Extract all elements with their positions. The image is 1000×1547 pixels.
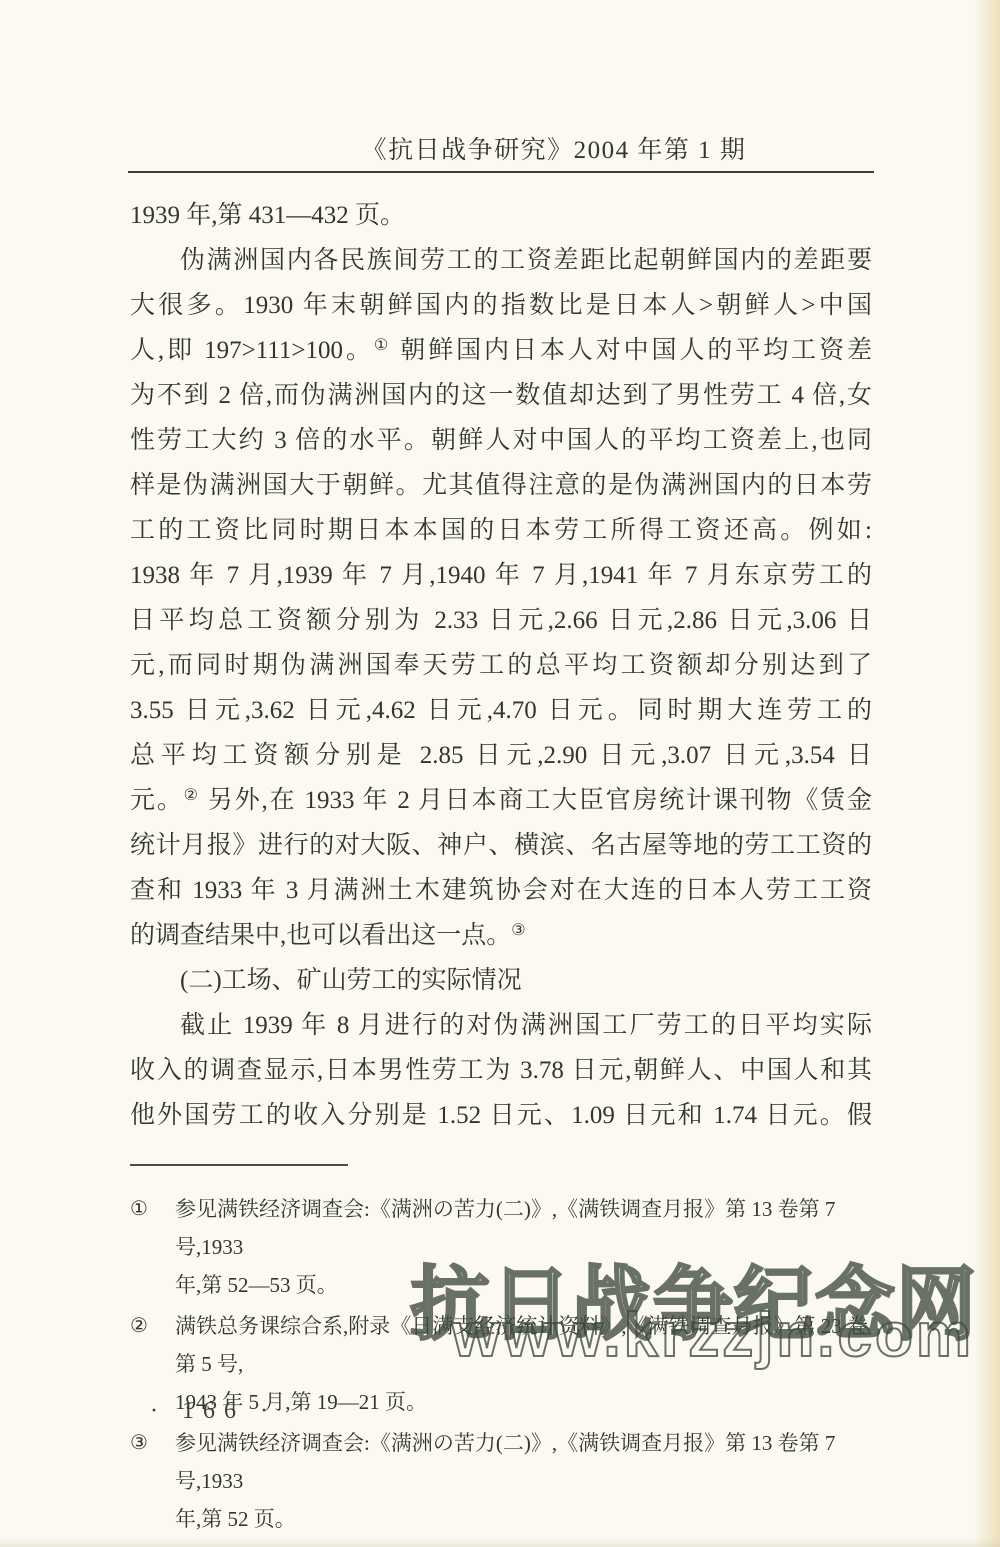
body-line: 性劳工大约 3 倍的水平。朝鲜人对中国人的平均工资差上,也同 [130,418,872,463]
body-line: 元。② 另外,在 1933 年 2 月日本商工大臣官房统计课刊物《赁金 [130,778,872,823]
body-line: 样是伪满洲国大于朝鲜。尤其值得注意的是伪满洲国内的日本劳 [130,463,872,508]
footnote-3: ③ 参见满铁经济调查会:《满洲の苦力(二)》,《满铁调查月报》第 13 卷第 7… [130,1424,875,1538]
body-line: 的调查结果中,也可以看出这一点。③ [130,913,872,958]
body-text: 的调查结果中,也可以看出这一点。 [130,922,511,949]
scanned-journal-page: 《抗日战争研究》2004 年第 1 期 1939 年,第 431—432 页。 … [0,0,1000,1547]
footnote-line: 参见满铁经济调查会:《满洲の苦力(二)》,《满铁调查月报》第 13 卷第 7 号… [175,1424,875,1500]
body-line: 日平均总工资额分别为 2.33 日元,2.66 日元,2.86 日元,3.06 … [130,598,872,643]
page-edge-shading [974,0,1000,1547]
body-line: 为不到 2 倍,而伪满洲国内的这一数值却达到了男性劳工 4 倍,女 [130,373,872,418]
watermark-site-url: www.krzzjn.com [452,1300,974,1371]
page-number: · 166 · [150,1398,277,1425]
header-rule [128,171,874,173]
body-text: 人,即 197>111>100。 [130,337,374,364]
body-line: 他外国劳工的收入分别是 1.52 日元、1.09 日元和 1.74 日元。假 [130,1093,872,1138]
footnote-marker: ③ [130,1424,175,1538]
footnote-line: 年,第 52 页。 [175,1500,875,1538]
body-line: 截止 1939 年 8 月进行的对伪满洲国工厂劳工的日平均实际 [130,1003,872,1048]
footnote-ref-2: ② [184,787,200,804]
footnote-line: 1943 年 5 月,第 19—21 页。 [175,1383,875,1421]
body-line: 人,即 197>111>100。① 朝鲜国内日本人对中国人的平均工资差 [130,328,872,373]
journal-header: 《抗日战争研究》2004 年第 1 期 [0,130,1000,166]
body-line: 统计月报》进行的对大阪、神户、横滨、名古屋等地的劳工工资的调 [130,823,872,868]
page-bottom-shading [0,1537,1000,1547]
body-line: 元,而同时期伪满洲国奉天劳工的总平均工资额却分别达到了 [130,643,872,688]
footnote-separator-rule [130,1164,348,1166]
footnote-text: 参见满铁经济调查会:《满洲の苦力(二)》,《满铁调查月报》第 13 卷第 7 号… [175,1424,875,1538]
footnote-marker: ① [130,1190,175,1304]
footnote-ref-1: ① [374,337,391,354]
footnote-ref-3: ③ [511,922,525,939]
body-line: 1938 年 7 月,1939 年 7 月,1940 年 7 月,1941 年 … [130,553,872,598]
body-line: 工的工资比同时期日本本国的日本劳工所得工资还高。例如: [130,508,872,553]
body-line: 总平均工资额分别是 2.85 日元,2.90 日元,3.07 日元,3.54 日 [130,733,872,778]
body-line: 收入的调查显示,日本男性劳工为 3.78 日元,朝鲜人、中国人和其 [130,1048,872,1093]
body-text: 元。 [130,787,184,814]
body-text: 朝鲜国内日本人对中国人的平均工资差 [391,337,872,364]
body-text: 另外,在 1933 年 2 月日本商工大臣官房统计课刊物《赁金 [200,787,872,814]
body-line: 1939 年,第 431—432 页。 [130,193,872,238]
body-line: 查和 1933 年 3 月满洲土木建筑协会对在大连的日本人劳工工资 [130,868,872,913]
section-subtitle: (二)工场、矿山劳工的实际情况 [130,958,872,1003]
body-line: 伪满洲国内各民族间劳工的工资差距比起朝鲜国内的差距要 [130,238,872,283]
article-body: 1939 年,第 431—432 页。 伪满洲国内各民族间劳工的工资差距比起朝鲜… [130,193,872,1138]
body-line: 大很多。1930 年末朝鲜国内的指数比是日本人>朝鲜人>中国 [130,283,872,328]
body-line: 3.55 日元,3.62 日元,4.62 日元,4.70 日元。同时期大连劳工的 [130,688,872,733]
